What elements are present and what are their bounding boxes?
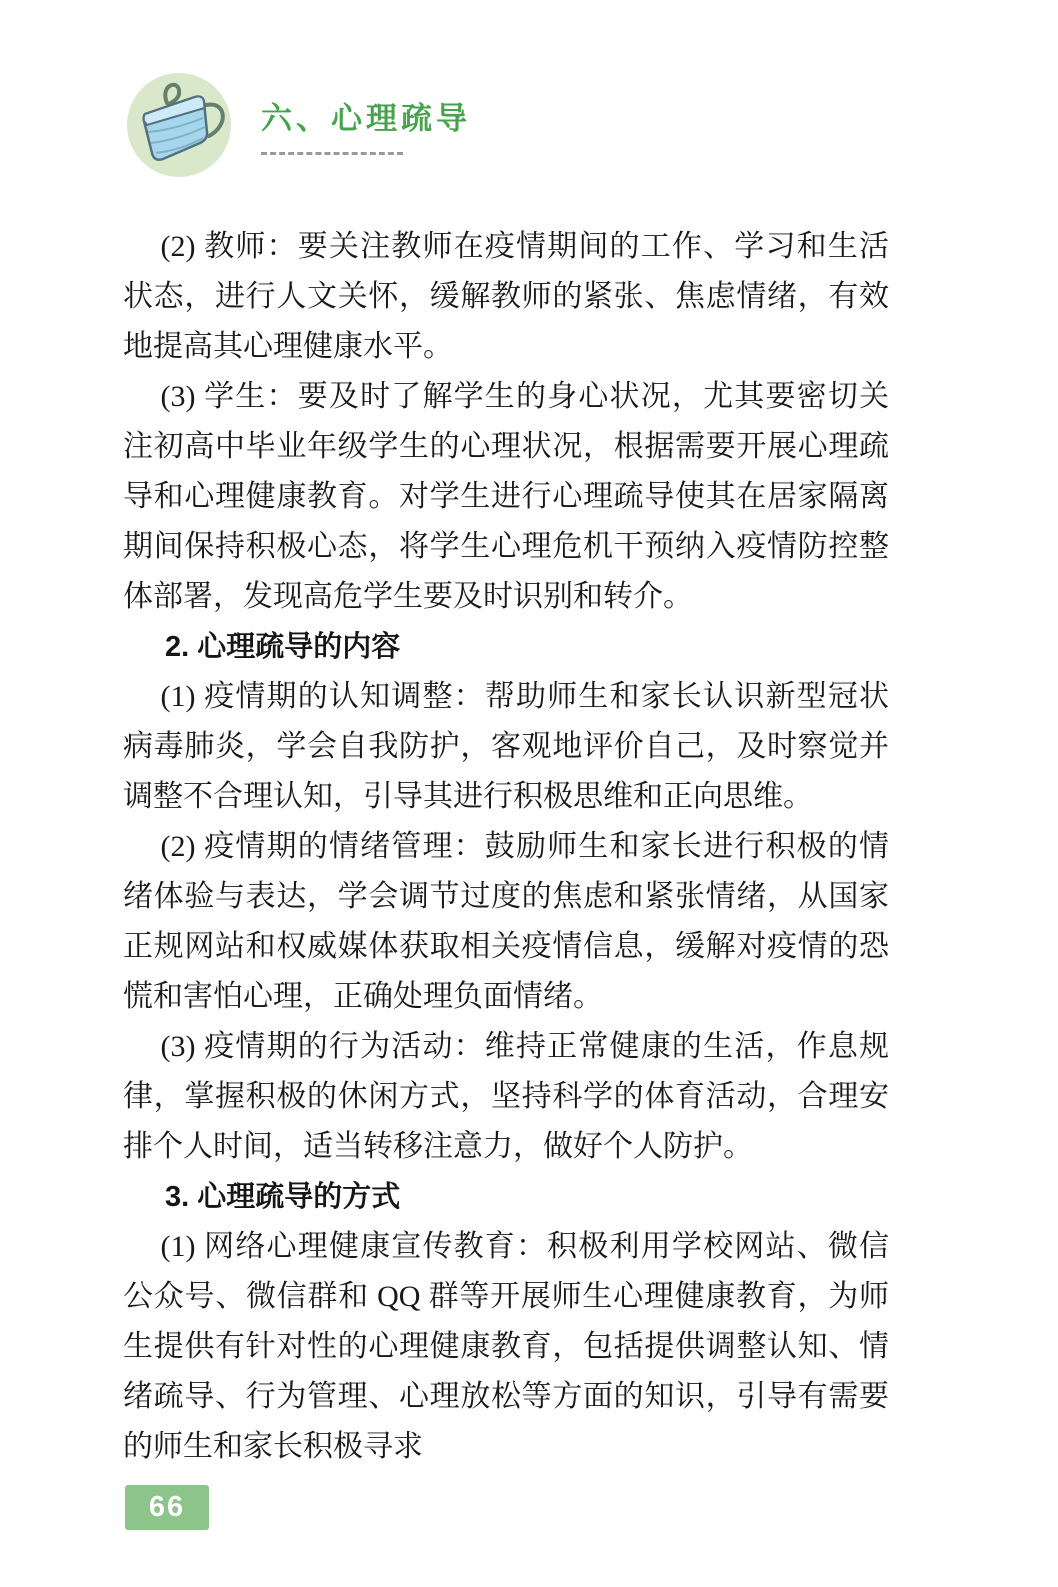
body-paragraph: (3) 学生：要及时了解学生的身心状况，尤其要密切关注初高中毕业年级学生的心理状… [123, 372, 889, 622]
page-body: (2) 教师：要关注教师在疫情期间的工作、学习和生活状态，进行人文关怀，缓解教师… [123, 222, 889, 1472]
chapter-titlebox: 六、心理疏导 [261, 72, 471, 155]
section-heading: 2. 心理疏导的内容 [123, 622, 889, 672]
body-paragraph: (1) 疫情期的认知调整：帮助师生和家长认识新型冠状病毒肺炎，学会自我防护，客观… [123, 672, 889, 822]
face-mask-icon [123, 72, 235, 178]
body-paragraph: (3) 疫情期的行为活动：维持正常健康的生活，作息规律，掌握积极的休闲方式，坚持… [123, 1022, 889, 1172]
book-page: 六、心理疏导 (2) 教师：要关注教师在疫情期间的工作、学习和生活状态，进行人文… [0, 0, 1058, 1587]
body-paragraph: (1) 网络心理健康宣传教育：积极利用学校网站、微信公众号、微信群和 QQ 群等… [123, 1222, 889, 1472]
page-number-badge: 66 [125, 1485, 209, 1530]
body-paragraph: (2) 教师：要关注教师在疫情期间的工作、学习和生活状态，进行人文关怀，缓解教师… [123, 222, 889, 372]
chapter-header: 六、心理疏导 [123, 72, 471, 178]
section-heading: 3. 心理疏导的方式 [123, 1172, 889, 1222]
body-paragraph: (2) 疫情期的情绪管理：鼓励师生和家长进行积极的情绪体验与表达，学会调节过度的… [123, 822, 889, 1022]
chapter-dashed-underline [261, 152, 403, 155]
chapter-title: 六、心理疏导 [261, 102, 471, 136]
